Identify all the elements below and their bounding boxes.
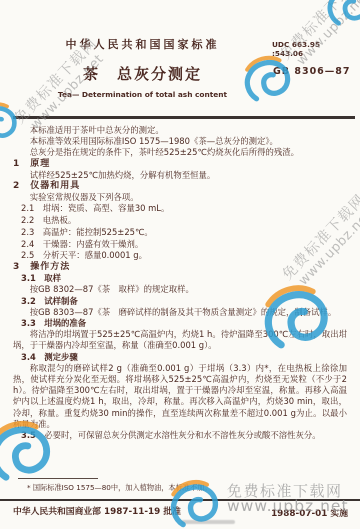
implementation-date: 1988-07-01 实施 xyxy=(271,506,348,519)
subsection-3-3-heading: 3.3 坩埚的准备 xyxy=(13,318,347,329)
subsection-number: 3.1 xyxy=(21,273,36,283)
subsection-3-5: 3.5 必要时，可保留总灰分供测定水溶性灰分和水不溶性灰分或酸不溶性灰分。 xyxy=(13,430,347,441)
subsection-title: 取样 xyxy=(44,273,61,283)
subsection-3-4-heading: 3.4 测定步骤 xyxy=(13,352,347,363)
print-smudge xyxy=(181,520,235,524)
section-2-heading: 2 仪器和用具 xyxy=(13,181,347,192)
subsection-title: 坩埚的准备 xyxy=(44,318,86,328)
subsection-number: 3.2 xyxy=(21,296,36,306)
standard-document-page: 中华人民共和国国家标准 UDC 663.95 :543.06 GB 8306—8… xyxy=(0,0,360,529)
intro-paragraph: 本标准适用于茶叶中总灰分的测定。 xyxy=(13,125,347,136)
udc-line-2: :543.06 xyxy=(272,50,320,59)
apparatus-item: 2.5 分析天平：感量0.0001 g。 xyxy=(13,250,347,262)
section-2-lead: 实验室常规仪器及下列各项。 xyxy=(13,192,347,203)
section-1-paragraph: 试样经525±25℃加热灼烧，分解有机物至恒量。 xyxy=(13,170,347,181)
apparatus-item: 2.1 坩埚：瓷质、高型、容量30 mL。 xyxy=(13,203,347,215)
subsection-3-2-body: 按GB 8303—87《茶 磨碎试样的制备及其干物质含量测定》的规定，制备试样。 xyxy=(13,307,347,318)
document-body: 本标准适用于茶叶中总灰分的测定。 本标准等效采用国际标准ISO 1575—198… xyxy=(0,122,360,441)
subsection-number: 3.3 xyxy=(21,318,36,328)
subsection-3-1-body: 按GB 8302—87《茶 取样》的规定取样。 xyxy=(13,284,347,295)
national-standard-label: 中华人民共和国国家标准 xyxy=(0,36,285,52)
udc-code: UDC 663.95 :543.06 xyxy=(272,41,320,58)
section-1-heading: 1 原理 xyxy=(13,159,347,170)
subsection-title: 试样制备 xyxy=(44,296,78,306)
intro-paragraph: 本标准等效采用国际标准ISO 1575—1980《茶—总灰分的测定》。 xyxy=(13,136,347,147)
subsection-number: 3.4 xyxy=(21,352,36,362)
apparatus-item: 2.3 高温炉：能控制525±25℃。 xyxy=(13,227,347,239)
intro-paragraph: 总灰分是指在规定的条件下，茶叶经525±25℃灼烧灰化后所得的残渣。 xyxy=(13,147,347,158)
subsection-3-2-heading: 3.2 试样制备 xyxy=(13,296,347,307)
section-3-heading: 3 操作方法 xyxy=(13,262,347,273)
apparatus-item: 2.2 电热板。 xyxy=(13,215,347,227)
footer-divider xyxy=(0,499,360,501)
document-title-chinese: 茶 总灰分测定 xyxy=(0,63,285,84)
subsection-title: 测定步骤 xyxy=(44,352,78,362)
header-divider xyxy=(13,116,355,119)
subsection-3-1-heading: 3.1 取样 xyxy=(13,273,347,284)
subsection-body-inline: 必要时，可保留总灰分供测定水溶性灰分和水不溶性灰分或酸不溶性灰分。 xyxy=(44,430,320,440)
subsection-3-4-body: 称取混匀的磨碎试样2 g（准确至0.001 g）于坩埚（3.3）内*，在电热板上… xyxy=(13,363,347,430)
footnote-divider xyxy=(18,478,98,479)
subsection-3-3-body: 将洁净的坩埚置于525±25℃高温炉内，灼烧1 h。待炉温降至300℃左右时，取… xyxy=(13,329,347,351)
apparatus-item: 2.4 干燥器：内盛有效干燥剂。 xyxy=(13,239,347,251)
subsection-number: 3.5 xyxy=(21,430,36,440)
watermark-site-name: 免费标准下载网 xyxy=(227,484,349,499)
footnote-text: * 国际标准ISO 1575—80中，加入植物油，本标准不加。 xyxy=(27,483,212,493)
document-title-english: Tea— Determination of total ash content xyxy=(0,90,285,99)
approval-authority-line: 中华人民共和国商业部 1987-11-19 批准 xyxy=(13,504,181,517)
document-header: 中华人民共和国国家标准 UDC 663.95 :543.06 GB 8306—8… xyxy=(0,0,360,122)
